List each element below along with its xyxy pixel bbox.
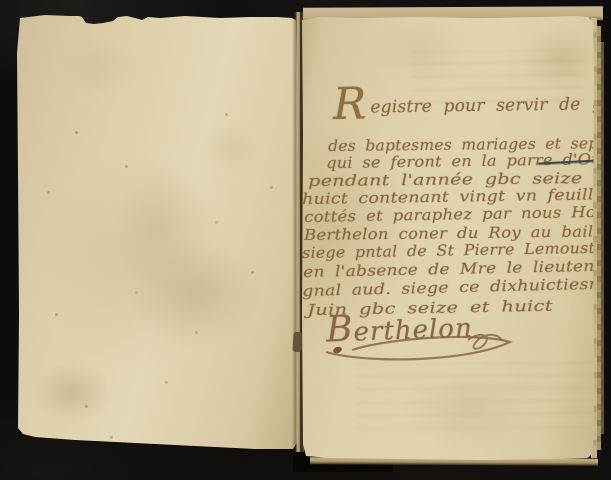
manuscript-line: Registre pour servir de grosse: [333, 94, 611, 120]
foxing-spots: [75, 131, 78, 134]
gutter-fold-notch: [292, 332, 302, 353]
ink-showthrough-bottom: [356, 361, 593, 437]
right-page: Registre pour servir de grosse des bapte…: [300, 14, 597, 462]
photographed-manuscript-backdrop: Registre pour servir de grosse des bapte…: [0, 0, 611, 480]
left-page: [15, 13, 299, 465]
fore-edge-sheet: [601, 42, 604, 434]
signature-flourish: [318, 330, 528, 366]
